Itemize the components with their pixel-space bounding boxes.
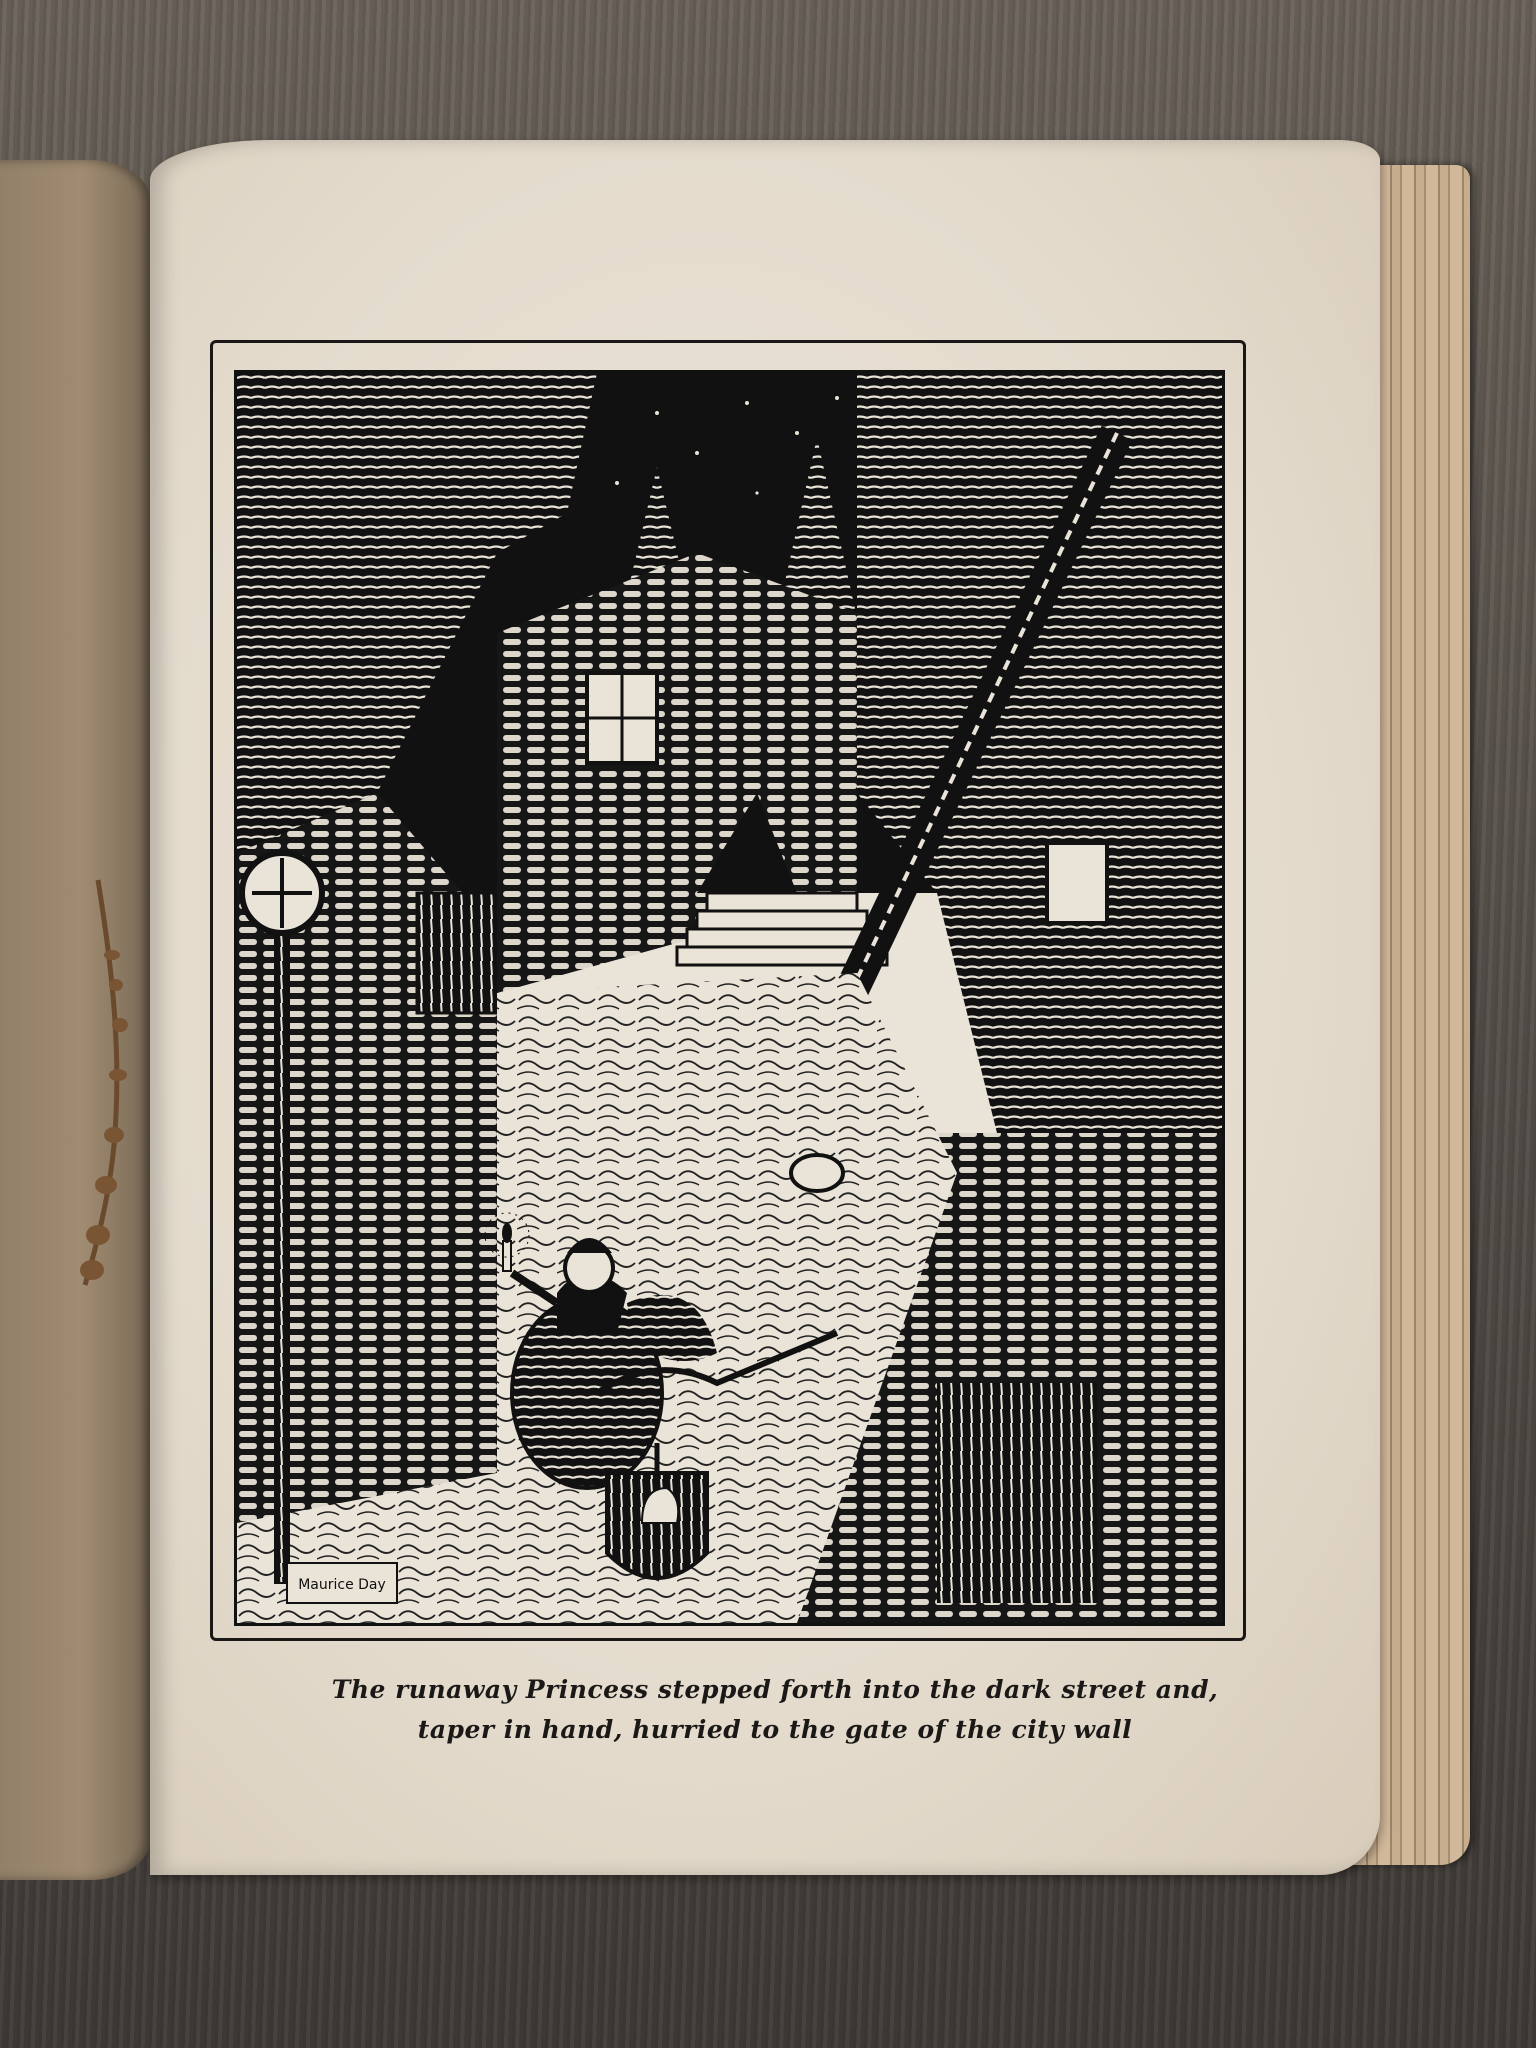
caption-line-2: taper in hand, hurried to the gate of th…	[170, 1710, 1380, 1750]
illustration-plate: Maurice Day	[234, 370, 1225, 1626]
illustration-caption: The runaway Princess stepped forth into …	[150, 1670, 1380, 1750]
caption-line-1: The runaway Princess stepped forth into …	[170, 1670, 1380, 1710]
right-page: Maurice Day The runaway Princess stepped…	[150, 140, 1380, 1875]
svg-text:Maurice Day: Maurice Day	[298, 1577, 386, 1593]
street-scene-drawing: Maurice Day	[237, 373, 1222, 1623]
pressed-twig-bookmark	[80, 875, 140, 1295]
gargoyle-animal	[791, 1155, 843, 1191]
